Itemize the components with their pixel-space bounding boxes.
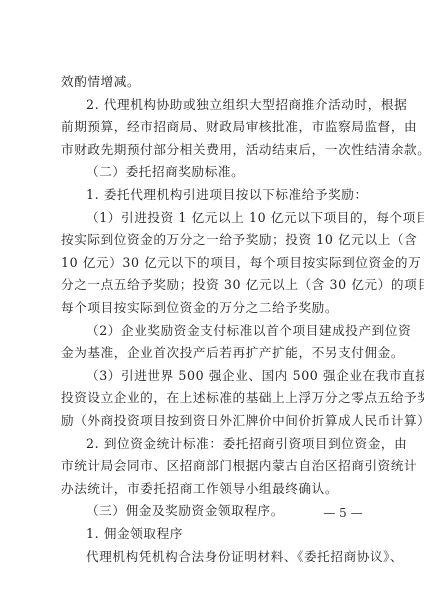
text-line: （二）委托招商奖励标准。 <box>86 164 363 180</box>
text-line: 市财政先期预付部分相关费用，活动结束后，一次性结清余款。 <box>61 142 363 158</box>
text-line: 效酌情增减。 <box>61 74 363 90</box>
text-line: （3）引进世界 500 强企业、国内 500 强企业在我市直接 <box>86 368 363 384</box>
text-line: 1. 佣金领取程序 <box>86 526 363 542</box>
text-line: （1）引进投资 1 亿元以上 10 亿元以下项目的，每个项目 <box>86 210 363 226</box>
text-line: 金为基准，企业首次投产后若再扩产扩能，不另支付佣金。 <box>61 345 363 361</box>
text-line: 1. 委托代理机构引进项目按以下标准给予奖励： <box>86 187 363 203</box>
text-line: 市统计局会同市、区招商部门根据内蒙古自治区招商引资统计 <box>61 458 363 474</box>
text-line: 前期预算，经市招商局、财政局审核批准，市监察局监督，由 <box>61 119 363 135</box>
text-line: （2）企业奖励资金支付标准以首个项目建成投产到位资 <box>86 323 363 339</box>
text-line: 按实际到位资金的万分之一给予奖励；投资 10 亿元以上（含 <box>61 232 363 248</box>
text-line: 办法统计，市委托招商工作领导小组最终确认。 <box>61 481 363 497</box>
text-line: 励（外商投资项目按到资日外汇牌价中间价折算成人民币计算）。 <box>61 413 363 429</box>
text-line: 代理机构凭机构合法身份证明材料、《委托招商协议》、 <box>86 549 363 565</box>
text-line: 每个项目按实际到位资金的万分之二给予奖励。 <box>61 300 363 316</box>
text-line: 2. 代理机构协助或独立组织大型招商推介活动时，根据 <box>86 97 363 113</box>
text-line: 2. 到位资金统计标准：委托招商引资项目到位资金，由 <box>86 436 363 452</box>
document-page: 效酌情增减。2. 代理机构协助或独立组织大型招商推介活动时，根据前期预算，经市招… <box>0 0 424 600</box>
text-line: 投资设立企业的，在上述标准的基础上上浮万分之零点五给予奖 <box>61 390 363 406</box>
text-line: 分之一点五给予奖励；投资 30 亿元以上（含 30 亿元）的项目， <box>61 277 363 293</box>
text-line: 10 亿元）30 亿元以下的项目，每个项目按实际到位资金的万 <box>61 255 363 271</box>
page-number: — 5 — <box>322 506 364 520</box>
